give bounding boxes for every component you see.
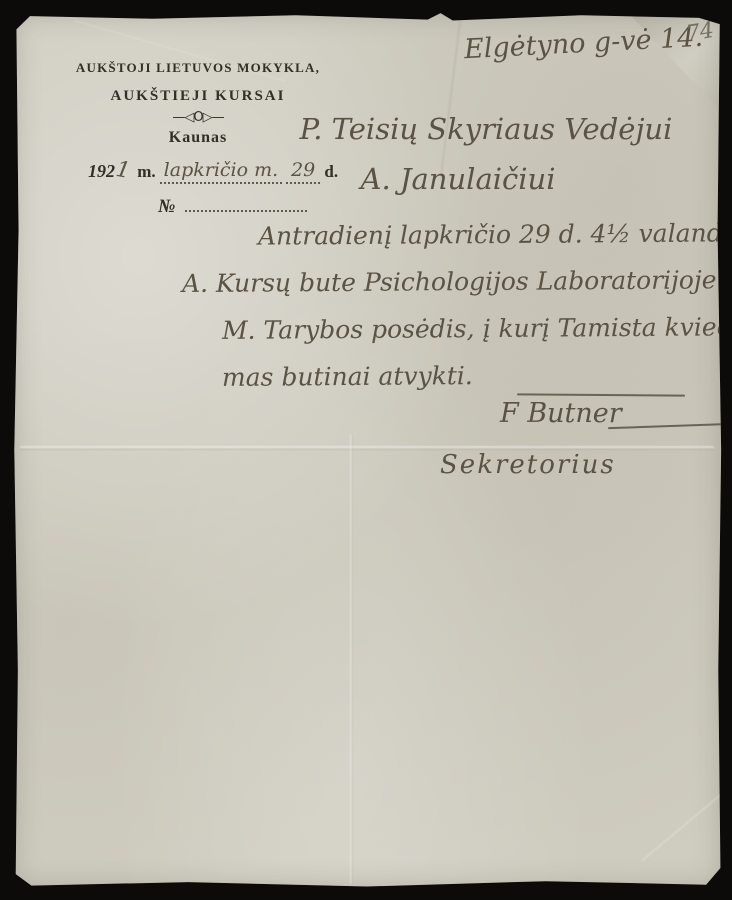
date-year-handwritten: 1 <box>114 157 132 184</box>
vertical-fold-crease <box>350 434 353 884</box>
document-paper: AUKŠTOJI LIETUVOS MOKYKLA, AUKŠTIEJI KUR… <box>10 10 724 890</box>
signature-flourish-top <box>517 393 685 396</box>
top-right-fold-crease <box>607 0 718 13</box>
bottom-right-crease <box>641 773 732 862</box>
number-label: № <box>158 196 175 217</box>
body-line-2: A. Kursų bute Psichologijos Laboratorijo… <box>182 265 732 298</box>
letterhead-number-line: № <box>158 196 307 218</box>
recipient-line-1: P. Teisių Skyriaus Vedėjui <box>268 112 704 146</box>
letterhead-organization-line2: AUKŠTIEJI KURSAI <box>65 88 331 105</box>
body-line-4: mas butinai atvykti. <box>222 361 473 392</box>
signature: F Butner <box>500 398 622 429</box>
letterhead-organization-line1: AUKŠTOJI LIETUVOS MOKYKLA, <box>65 60 331 76</box>
date-year-printed: 192 <box>88 161 115 181</box>
date-month-handwritten: lapkričio m. <box>164 159 279 181</box>
signature-flourish-tail <box>608 423 732 429</box>
signer-title: Sekretorius <box>440 450 616 480</box>
body-line-1: Antradienį lapkričio 29 d. 4½ valandą <box>258 218 732 250</box>
top-center-crease <box>440 11 463 180</box>
recipient-line-2: A. Janulaičiui <box>268 162 648 196</box>
handwritten-address: Elgėtyno g-vė 14. <box>463 22 703 65</box>
date-month-label: m. <box>137 162 155 181</box>
date-month-blank: lapkričio m. <box>160 160 282 184</box>
number-blank <box>185 196 307 212</box>
pencil-page-number: 74 <box>684 18 716 47</box>
body-line-3: M. Tarybos posėdis, į kurį Tamista kvieč… <box>222 312 732 345</box>
scan-background: { "document": { "kind": "scanned archiva… <box>0 0 732 900</box>
